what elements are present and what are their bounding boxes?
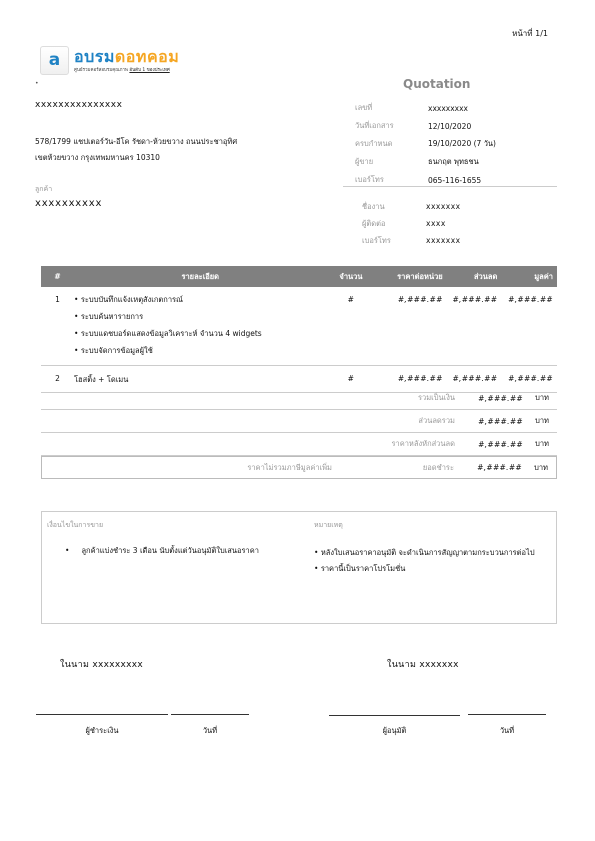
contact-person: xxxx: [426, 219, 446, 228]
customer-name: xxxxxxxxxx: [35, 198, 102, 209]
contact-phone: xxxxxxx: [426, 236, 461, 245]
remarks: หมายเหตุ หลังใบเสนอราคาอนุมัติ จะดำเนินก…: [314, 512, 554, 577]
divider: [343, 186, 557, 187]
contact-info: ชื่องานxxxxxxx ผู้ติดต่อxxxx เบอร์โทรxxx…: [362, 198, 461, 249]
payer-caption: ผู้ชำระเงิน: [36, 725, 168, 737]
logo-icon: a: [40, 46, 69, 75]
table-row: 1 • ระบบบันทึกแจ้งเหตุสังเกตการณ์ • ระบบ…: [41, 287, 557, 366]
logo-name: อบรมดอทคอม: [74, 48, 179, 66]
company-name: xxxxxxxxxxxxxxx: [35, 100, 122, 110]
marker-dot: •: [35, 80, 39, 87]
discount-total-row: ส่วนลดรวม #,###.## บาท: [41, 410, 557, 433]
right-on-behalf: ในนาม xxxxxxx: [387, 657, 459, 671]
subtotal-row: รวมเป็นเงิน #,###.## บาท: [41, 387, 557, 410]
company-address: 578/1799 แชปเตอร์วัน-อีโค รัชดา-ห้วยขวาง…: [35, 134, 237, 166]
customer-label: ลูกค้า: [35, 184, 52, 195]
doc-date: 12/10/2020: [428, 122, 471, 131]
logo-tagline: ศูนย์รวมคอร์สอบรมคุณภาพ อันดับ 1 ของประเ…: [74, 66, 179, 73]
seller: ธนกฤต พุทธชน: [428, 156, 479, 168]
grand-total-row: ราคาไม่รวมภาษีมูลค่าเพิ่ม ยอดชำระ #,###.…: [41, 456, 557, 479]
signature-line: [329, 715, 460, 716]
document-info: เลขที่xxxxxxxxx วันที่เอกสาร12/10/2020 ค…: [355, 99, 496, 189]
seller-phone: 065-116-1655: [428, 176, 481, 185]
doc-number: xxxxxxxxx: [428, 104, 468, 113]
logo-tagline-link: อันดับ 1 ของประเทศ: [129, 68, 169, 73]
left-on-behalf: ในนาม xxxxxxxxx: [60, 657, 143, 671]
summary: รวมเป็นเงิน #,###.## บาท ส่วนลดรวม #,###…: [41, 387, 557, 479]
company-logo: a อบรมดอทคอม ศูนย์รวมคอร์สอบรมคุณภาพ อัน…: [40, 46, 179, 75]
due-date: 19/10/2020 (7 วัน): [428, 138, 496, 150]
date-caption: วันที่: [468, 725, 546, 737]
date-line: [468, 714, 546, 715]
after-discount-row: ราคาหลังหักส่วนลด #,###.## บาท: [41, 433, 557, 456]
date-caption: วันที่: [171, 725, 249, 737]
page-indicator: หน้าที่ 1/1: [512, 27, 548, 40]
sales-conditions: เงื่อนไขในการขาย ลูกค้าแบ่งชำระ 3 เดือน …: [47, 512, 307, 557]
date-line: [171, 714, 249, 715]
table-header: # รายละเอียด จำนวน ราคาต่อหน่วย ส่วนลด ม…: [41, 266, 557, 287]
project-name: xxxxxxx: [426, 202, 461, 211]
document-title: Quotation: [403, 77, 470, 91]
signature-line: [36, 714, 168, 715]
terms-box: เงื่อนไขในการขาย ลูกค้าแบ่งชำระ 3 เดือน …: [41, 511, 557, 624]
items-table: # รายละเอียด จำนวน ราคาต่อหน่วย ส่วนลด ม…: [41, 266, 557, 393]
approver-caption: ผู้อนุมัติ: [329, 725, 460, 737]
